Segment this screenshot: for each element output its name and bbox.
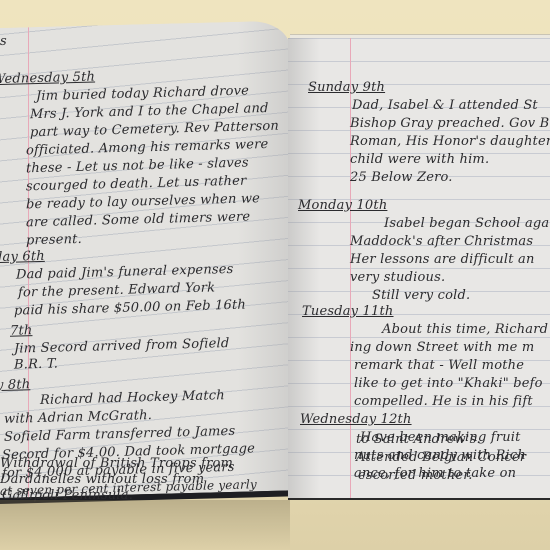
- entry-date: 7th: [10, 323, 32, 339]
- entry-line: Jim buried today Richard drove: [36, 83, 249, 104]
- entry-line: Jim Secord arrived from Sofield: [14, 336, 229, 357]
- entry-date: y 8th: [0, 377, 30, 393]
- left-page: s Wednesday 5th Jim buried today Richard…: [0, 20, 290, 498]
- entry-line: Richard had Hockey Match: [40, 388, 225, 408]
- entry-date: Monday 10th: [298, 198, 387, 213]
- right-margin-line: [350, 38, 351, 498]
- entry-line: remark that - Well mothe: [354, 358, 524, 373]
- entry-line: Maddock's after Christmas: [350, 234, 533, 249]
- entry-date: day 6th: [0, 249, 45, 265]
- entry-line: Still very cold.: [372, 288, 470, 303]
- entry-line: Bishop Gray preached. Gov Br: [350, 116, 550, 131]
- entry-date: Sunday 9th: [308, 80, 385, 95]
- entry-line: for the present. Edward York: [18, 280, 215, 300]
- entry-line: scourged to death. Let us rather: [26, 174, 246, 195]
- entry-line: Dardanelles without loss from: [0, 472, 204, 487]
- entry-line: Withdrawal of British Troops from: [0, 456, 233, 471]
- entry-line: like to get into "Khaki" befo: [354, 376, 543, 391]
- entry-line: to Saint Andrew's.: [356, 432, 481, 447]
- entry-line: Dad, Isabel & I attended St: [352, 98, 538, 113]
- entry-line: Dad paid Jim's funeral expenses: [16, 262, 234, 283]
- entry-line: Isabel began School aga: [384, 216, 549, 231]
- entry-line: 25 Below Zero.: [350, 170, 453, 185]
- entry-line: Roman, His Honor's daughter: [350, 134, 550, 149]
- entry-line: B.R. T.: [14, 356, 58, 372]
- entry-line: paid his share $50.00 on Feb 16th: [14, 298, 246, 319]
- entry-date: Wednesday 5th: [0, 70, 95, 88]
- entry-line: present.: [26, 232, 82, 248]
- entry-line: Her lessons are difficult an: [350, 252, 535, 267]
- entry-line: child were with him.: [350, 152, 489, 167]
- right-page: Sunday 9th Dad, Isabel & I attended St B…: [288, 38, 550, 500]
- entry-line: About this time, Richard: [382, 322, 548, 337]
- entry-date: Wednesday 12th: [300, 412, 412, 427]
- entry-line: very studious.: [350, 270, 445, 285]
- page-shadow: [0, 500, 290, 550]
- entry-line: are called. Some old timers were: [26, 209, 250, 230]
- entry-line: escorted mother.: [358, 468, 473, 483]
- margin-mark: s: [0, 34, 7, 49]
- entry-line: Attended Belgian Concer: [356, 450, 526, 465]
- entry-line: with Adrian McGrath.: [4, 408, 152, 427]
- entry-line: these - Let us not be like - slaves: [26, 155, 249, 176]
- entry-date: Tuesday 11th: [302, 304, 394, 319]
- entry-line: ing down Street with me m: [350, 340, 534, 355]
- entry-line: compelled. He is in his fift: [354, 394, 533, 409]
